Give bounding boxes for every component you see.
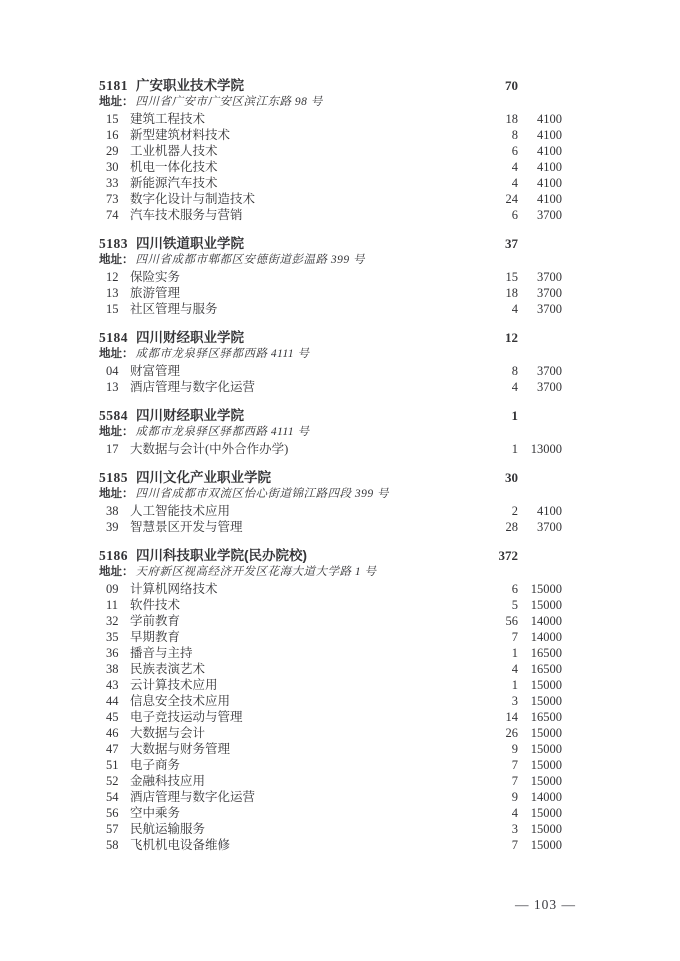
college-code: 5181	[99, 78, 128, 93]
major-title: 36播音与主持	[99, 645, 484, 661]
major-code: 15	[106, 301, 122, 317]
address-label: 地址：	[99, 487, 134, 502]
major-name: 工业机器人技术	[130, 144, 218, 158]
major-title: 04财富管理	[99, 363, 484, 379]
major-code: 56	[106, 805, 122, 821]
major-code: 17	[106, 441, 122, 457]
major-title: 32学前教育	[99, 613, 484, 629]
major-count: 3	[484, 693, 518, 709]
college-header-row: 5185四川文化产业职业学院 30	[99, 469, 562, 487]
college-name: 四川科技职业学院(民办院校)	[136, 548, 307, 563]
college-sections-list: 5181广安职业技术学院 70 地址： 四川省广安市广安区滨江东路 98 号 1…	[99, 77, 562, 865]
major-title: 17大数据与会计(中外合作办学)	[99, 441, 484, 457]
college-section: 5181广安职业技术学院 70 地址： 四川省广安市广安区滨江东路 98 号 1…	[99, 77, 562, 223]
major-title: 16新型建筑材料技术	[99, 127, 484, 143]
major-title: 13酒店管理与数字化运营	[99, 379, 484, 395]
college-section: 5183四川铁道职业学院 37 地址： 四川省成都市郫都区安德街道彭温路 399…	[99, 235, 562, 317]
major-title: 38人工智能技术应用	[99, 503, 484, 519]
major-code: 36	[106, 645, 122, 661]
major-title: 57民航运输服务	[99, 821, 484, 837]
major-fee: 4100	[518, 191, 562, 207]
college-name: 四川财经职业学院	[136, 330, 244, 345]
college-title: 5183四川铁道职业学院	[99, 235, 484, 253]
major-code: 29	[106, 143, 122, 159]
major-title: 56空中乘务	[99, 805, 484, 821]
major-count: 26	[484, 725, 518, 741]
address-label: 地址：	[99, 565, 134, 580]
major-name: 软件技术	[130, 598, 180, 612]
major-fee: 3700	[518, 301, 562, 317]
college-name: 四川文化产业职业学院	[136, 470, 271, 485]
major-title: 58飞机机电设备维修	[99, 837, 484, 853]
major-name: 财富管理	[130, 364, 180, 378]
major-count: 4	[484, 175, 518, 191]
college-code: 5184	[99, 330, 128, 345]
major-code: 30	[106, 159, 122, 175]
address-label: 地址：	[99, 347, 134, 362]
major-name: 大数据与财务管理	[130, 742, 230, 756]
major-code: 13	[106, 285, 122, 301]
major-row: 45电子竞技运动与管理 14 16500	[99, 709, 562, 725]
major-count: 8	[484, 363, 518, 379]
major-row: 38人工智能技术应用 2 4100	[99, 503, 562, 519]
major-name: 机电一体化技术	[130, 160, 218, 174]
college-total-count: 37	[484, 235, 518, 253]
major-fee: 15000	[518, 581, 562, 597]
major-count: 18	[484, 111, 518, 127]
major-count: 4	[484, 159, 518, 175]
major-fee: 4100	[518, 111, 562, 127]
college-title: 5186四川科技职业学院(民办院校)	[99, 547, 484, 565]
college-address-row: 地址： 四川省成都市郫都区安德街道彭温路 399 号	[99, 253, 562, 268]
major-name: 人工智能技术应用	[130, 504, 230, 518]
major-title: 45电子竞技运动与管理	[99, 709, 484, 725]
major-code: 51	[106, 757, 122, 773]
majors-list: 04财富管理 8 3700 13酒店管理与数字化运营 4 3700	[99, 363, 562, 395]
major-row: 04财富管理 8 3700	[99, 363, 562, 379]
major-title: 15社区管理与服务	[99, 301, 484, 317]
college-title: 5185四川文化产业职业学院	[99, 469, 484, 487]
major-name: 旅游管理	[130, 286, 180, 300]
major-row: 13旅游管理 18 3700	[99, 285, 562, 301]
major-fee: 4100	[518, 503, 562, 519]
major-row: 09计算机网络技术 6 15000	[99, 581, 562, 597]
major-code: 52	[106, 773, 122, 789]
major-fee: 15000	[518, 821, 562, 837]
major-row: 35早期教育 7 14000	[99, 629, 562, 645]
page-footer: — 103 —	[515, 897, 576, 913]
major-fee: 16500	[518, 661, 562, 677]
major-count: 4	[484, 805, 518, 821]
major-name: 电子商务	[130, 758, 180, 772]
major-name: 大数据与会计	[130, 726, 205, 740]
major-count: 6	[484, 207, 518, 223]
major-code: 04	[106, 363, 122, 379]
major-fee: 3700	[518, 285, 562, 301]
major-count: 4	[484, 379, 518, 395]
address-text: 天府新区视高经济开发区花海大道大学路 1 号	[136, 565, 377, 580]
major-title: 46大数据与会计	[99, 725, 484, 741]
major-row: 57民航运输服务 3 15000	[99, 821, 562, 837]
major-row: 73数字化设计与制造技术 24 4100	[99, 191, 562, 207]
major-code: 11	[106, 597, 122, 613]
major-row: 11软件技术 5 15000	[99, 597, 562, 613]
major-code: 44	[106, 693, 122, 709]
major-row: 17大数据与会计(中外合作办学) 1 13000	[99, 441, 562, 457]
document-page: 5181广安职业技术学院 70 地址： 四川省广安市广安区滨江东路 98 号 1…	[0, 0, 680, 961]
major-row: 15建筑工程技术 18 4100	[99, 111, 562, 127]
major-count: 56	[484, 613, 518, 629]
college-total-count: 70	[484, 77, 518, 95]
major-name: 飞机机电设备维修	[130, 838, 230, 852]
major-name: 建筑工程技术	[130, 112, 205, 126]
major-fee: 14000	[518, 789, 562, 805]
major-row: 44信息安全技术应用 3 15000	[99, 693, 562, 709]
college-name: 四川铁道职业学院	[136, 236, 244, 251]
major-title: 29工业机器人技术	[99, 143, 484, 159]
college-name: 四川财经职业学院	[136, 408, 244, 423]
major-fee: 14000	[518, 629, 562, 645]
major-fee: 15000	[518, 757, 562, 773]
address-label: 地址：	[99, 95, 134, 110]
major-count: 28	[484, 519, 518, 535]
major-name: 云计算技术应用	[130, 678, 218, 692]
major-title: 12保险实务	[99, 269, 484, 285]
college-code: 5183	[99, 236, 128, 251]
major-title: 33新能源汽车技术	[99, 175, 484, 191]
college-header-row: 5184四川财经职业学院 12	[99, 329, 562, 347]
major-name: 空中乘务	[130, 806, 180, 820]
major-title: 73数字化设计与制造技术	[99, 191, 484, 207]
major-fee: 15000	[518, 677, 562, 693]
major-code: 43	[106, 677, 122, 693]
major-code: 39	[106, 519, 122, 535]
major-count: 6	[484, 143, 518, 159]
major-code: 54	[106, 789, 122, 805]
address-text: 成都市龙泉驿区驿都西路 4111 号	[136, 425, 310, 440]
major-count: 1	[484, 677, 518, 693]
major-title: 30机电一体化技术	[99, 159, 484, 175]
major-count: 7	[484, 837, 518, 853]
major-count: 5	[484, 597, 518, 613]
major-name: 民族表演艺术	[130, 662, 205, 676]
major-title: 44信息安全技术应用	[99, 693, 484, 709]
major-count: 2	[484, 503, 518, 519]
address-label: 地址：	[99, 253, 134, 268]
major-title: 47大数据与财务管理	[99, 741, 484, 757]
major-row: 56空中乘务 4 15000	[99, 805, 562, 821]
major-count: 1	[484, 441, 518, 457]
major-title: 13旅游管理	[99, 285, 484, 301]
majors-list: 17大数据与会计(中外合作办学) 1 13000	[99, 441, 562, 457]
college-header-row: 5181广安职业技术学院 70	[99, 77, 562, 95]
college-header-row: 5186四川科技职业学院(民办院校) 372	[99, 547, 562, 565]
major-fee: 4100	[518, 159, 562, 175]
major-fee: 15000	[518, 693, 562, 709]
majors-list: 38人工智能技术应用 2 4100 39智慧景区开发与管理 28 3700	[99, 503, 562, 535]
major-fee: 15000	[518, 837, 562, 853]
major-code: 58	[106, 837, 122, 853]
major-code: 12	[106, 269, 122, 285]
major-row: 39智慧景区开发与管理 28 3700	[99, 519, 562, 535]
major-name: 社区管理与服务	[130, 302, 218, 316]
major-name: 新型建筑材料技术	[130, 128, 230, 142]
major-row: 29工业机器人技术 6 4100	[99, 143, 562, 159]
major-row: 15社区管理与服务 4 3700	[99, 301, 562, 317]
college-address-row: 地址： 成都市龙泉驿区驿都西路 4111 号	[99, 347, 562, 362]
address-label: 地址：	[99, 425, 134, 440]
major-count: 6	[484, 581, 518, 597]
college-title: 5184四川财经职业学院	[99, 329, 484, 347]
major-code: 09	[106, 581, 122, 597]
major-title: 54酒店管理与数字化运营	[99, 789, 484, 805]
major-title: 15建筑工程技术	[99, 111, 484, 127]
major-name: 酒店管理与数字化运营	[130, 380, 255, 394]
major-fee: 16500	[518, 645, 562, 661]
college-section: 5186四川科技职业学院(民办院校) 372 地址： 天府新区视高经济开发区花海…	[99, 547, 562, 853]
major-name: 信息安全技术应用	[130, 694, 230, 708]
major-title: 09计算机网络技术	[99, 581, 484, 597]
address-text: 四川省广安市广安区滨江东路 98 号	[136, 95, 323, 110]
major-row: 74汽车技术服务与营销 6 3700	[99, 207, 562, 223]
major-count: 7	[484, 773, 518, 789]
major-row: 54酒店管理与数字化运营 9 14000	[99, 789, 562, 805]
major-count: 8	[484, 127, 518, 143]
major-row: 12保险实务 15 3700	[99, 269, 562, 285]
major-fee: 3700	[518, 207, 562, 223]
major-count: 18	[484, 285, 518, 301]
college-total-count: 12	[484, 329, 518, 347]
major-code: 15	[106, 111, 122, 127]
major-name: 学前教育	[130, 614, 180, 628]
college-total-count: 30	[484, 469, 518, 487]
major-code: 47	[106, 741, 122, 757]
major-fee: 14000	[518, 613, 562, 629]
major-code: 73	[106, 191, 122, 207]
major-code: 74	[106, 207, 122, 223]
major-row: 51电子商务 7 15000	[99, 757, 562, 773]
major-count: 4	[484, 301, 518, 317]
major-row: 47大数据与财务管理 9 15000	[99, 741, 562, 757]
major-fee: 4100	[518, 127, 562, 143]
major-name: 新能源汽车技术	[130, 176, 218, 190]
major-row: 38民族表演艺术 4 16500	[99, 661, 562, 677]
major-code: 35	[106, 629, 122, 645]
major-title: 43云计算技术应用	[99, 677, 484, 693]
major-fee: 3700	[518, 379, 562, 395]
major-name: 智慧景区开发与管理	[130, 520, 243, 534]
major-row: 32学前教育 56 14000	[99, 613, 562, 629]
major-count: 9	[484, 789, 518, 805]
college-title: 5181广安职业技术学院	[99, 77, 484, 95]
major-code: 46	[106, 725, 122, 741]
major-name: 汽车技术服务与营销	[130, 208, 243, 222]
major-code: 13	[106, 379, 122, 395]
major-fee: 3700	[518, 519, 562, 535]
major-code: 38	[106, 661, 122, 677]
major-name: 酒店管理与数字化运营	[130, 790, 255, 804]
major-name: 金融科技应用	[130, 774, 205, 788]
major-row: 13酒店管理与数字化运营 4 3700	[99, 379, 562, 395]
college-total-count: 372	[484, 547, 518, 565]
college-total-count: 1	[484, 407, 518, 425]
major-title: 52金融科技应用	[99, 773, 484, 789]
major-name: 民航运输服务	[130, 822, 205, 836]
college-section: 5185四川文化产业职业学院 30 地址： 四川省成都市双流区怡心街道锦江路四段…	[99, 469, 562, 535]
college-code: 5186	[99, 548, 128, 563]
college-title: 5584四川财经职业学院	[99, 407, 484, 425]
college-header-row: 5183四川铁道职业学院 37	[99, 235, 562, 253]
major-row: 58飞机机电设备维修 7 15000	[99, 837, 562, 853]
major-title: 38民族表演艺术	[99, 661, 484, 677]
major-code: 57	[106, 821, 122, 837]
college-code: 5584	[99, 408, 128, 423]
college-header-row: 5584四川财经职业学院 1	[99, 407, 562, 425]
major-count: 4	[484, 661, 518, 677]
major-code: 45	[106, 709, 122, 725]
major-count: 9	[484, 741, 518, 757]
majors-list: 12保险实务 15 3700 13旅游管理 18 3700 15社区管理与服务 …	[99, 269, 562, 317]
major-count: 15	[484, 269, 518, 285]
college-address-row: 地址： 四川省成都市双流区怡心街道锦江路四段 399 号	[99, 487, 562, 502]
major-title: 11软件技术	[99, 597, 484, 613]
major-fee: 15000	[518, 725, 562, 741]
major-title: 35早期教育	[99, 629, 484, 645]
major-row: 33新能源汽车技术 4 4100	[99, 175, 562, 191]
major-row: 36播音与主持 1 16500	[99, 645, 562, 661]
college-section: 5584四川财经职业学院 1 地址： 成都市龙泉驿区驿都西路 4111 号 17…	[99, 407, 562, 457]
major-fee: 15000	[518, 773, 562, 789]
major-code: 38	[106, 503, 122, 519]
major-count: 7	[484, 629, 518, 645]
college-name: 广安职业技术学院	[136, 78, 244, 93]
page-number: — 103 —	[515, 897, 576, 912]
major-row: 30机电一体化技术 4 4100	[99, 159, 562, 175]
college-address-row: 地址： 成都市龙泉驿区驿都西路 4111 号	[99, 425, 562, 440]
major-name: 计算机网络技术	[130, 582, 218, 596]
major-name: 播音与主持	[130, 646, 193, 660]
major-name: 大数据与会计(中外合作办学)	[130, 442, 288, 456]
major-name: 电子竞技运动与管理	[130, 710, 243, 724]
college-section: 5184四川财经职业学院 12 地址： 成都市龙泉驿区驿都西路 4111 号 0…	[99, 329, 562, 395]
major-row: 52金融科技应用 7 15000	[99, 773, 562, 789]
major-count: 24	[484, 191, 518, 207]
major-title: 74汽车技术服务与营销	[99, 207, 484, 223]
major-fee: 15000	[518, 741, 562, 757]
address-text: 四川省成都市郫都区安德街道彭温路 399 号	[136, 253, 366, 268]
major-code: 16	[106, 127, 122, 143]
major-fee: 3700	[518, 363, 562, 379]
majors-list: 15建筑工程技术 18 4100 16新型建筑材料技术 8 4100 29工业机…	[99, 111, 562, 223]
address-text: 成都市龙泉驿区驿都西路 4111 号	[136, 347, 310, 362]
major-name: 数字化设计与制造技术	[130, 192, 255, 206]
major-name: 早期教育	[130, 630, 180, 644]
major-fee: 3700	[518, 269, 562, 285]
major-code: 33	[106, 175, 122, 191]
major-name: 保险实务	[130, 270, 180, 284]
major-fee: 15000	[518, 805, 562, 821]
address-text: 四川省成都市双流区怡心街道锦江路四段 399 号	[136, 487, 390, 502]
major-code: 32	[106, 613, 122, 629]
major-fee: 13000	[518, 441, 562, 457]
major-row: 43云计算技术应用 1 15000	[99, 677, 562, 693]
major-row: 16新型建筑材料技术 8 4100	[99, 127, 562, 143]
major-row: 46大数据与会计 26 15000	[99, 725, 562, 741]
major-fee: 4100	[518, 143, 562, 159]
major-fee: 15000	[518, 597, 562, 613]
college-address-row: 地址： 四川省广安市广安区滨江东路 98 号	[99, 95, 562, 110]
majors-list: 09计算机网络技术 6 15000 11软件技术 5 15000 32学前教育 …	[99, 581, 562, 853]
major-count: 7	[484, 757, 518, 773]
major-count: 14	[484, 709, 518, 725]
major-count: 1	[484, 645, 518, 661]
major-title: 51电子商务	[99, 757, 484, 773]
major-count: 3	[484, 821, 518, 837]
major-fee: 16500	[518, 709, 562, 725]
college-address-row: 地址： 天府新区视高经济开发区花海大道大学路 1 号	[99, 565, 562, 580]
major-fee: 4100	[518, 175, 562, 191]
major-title: 39智慧景区开发与管理	[99, 519, 484, 535]
college-code: 5185	[99, 470, 128, 485]
